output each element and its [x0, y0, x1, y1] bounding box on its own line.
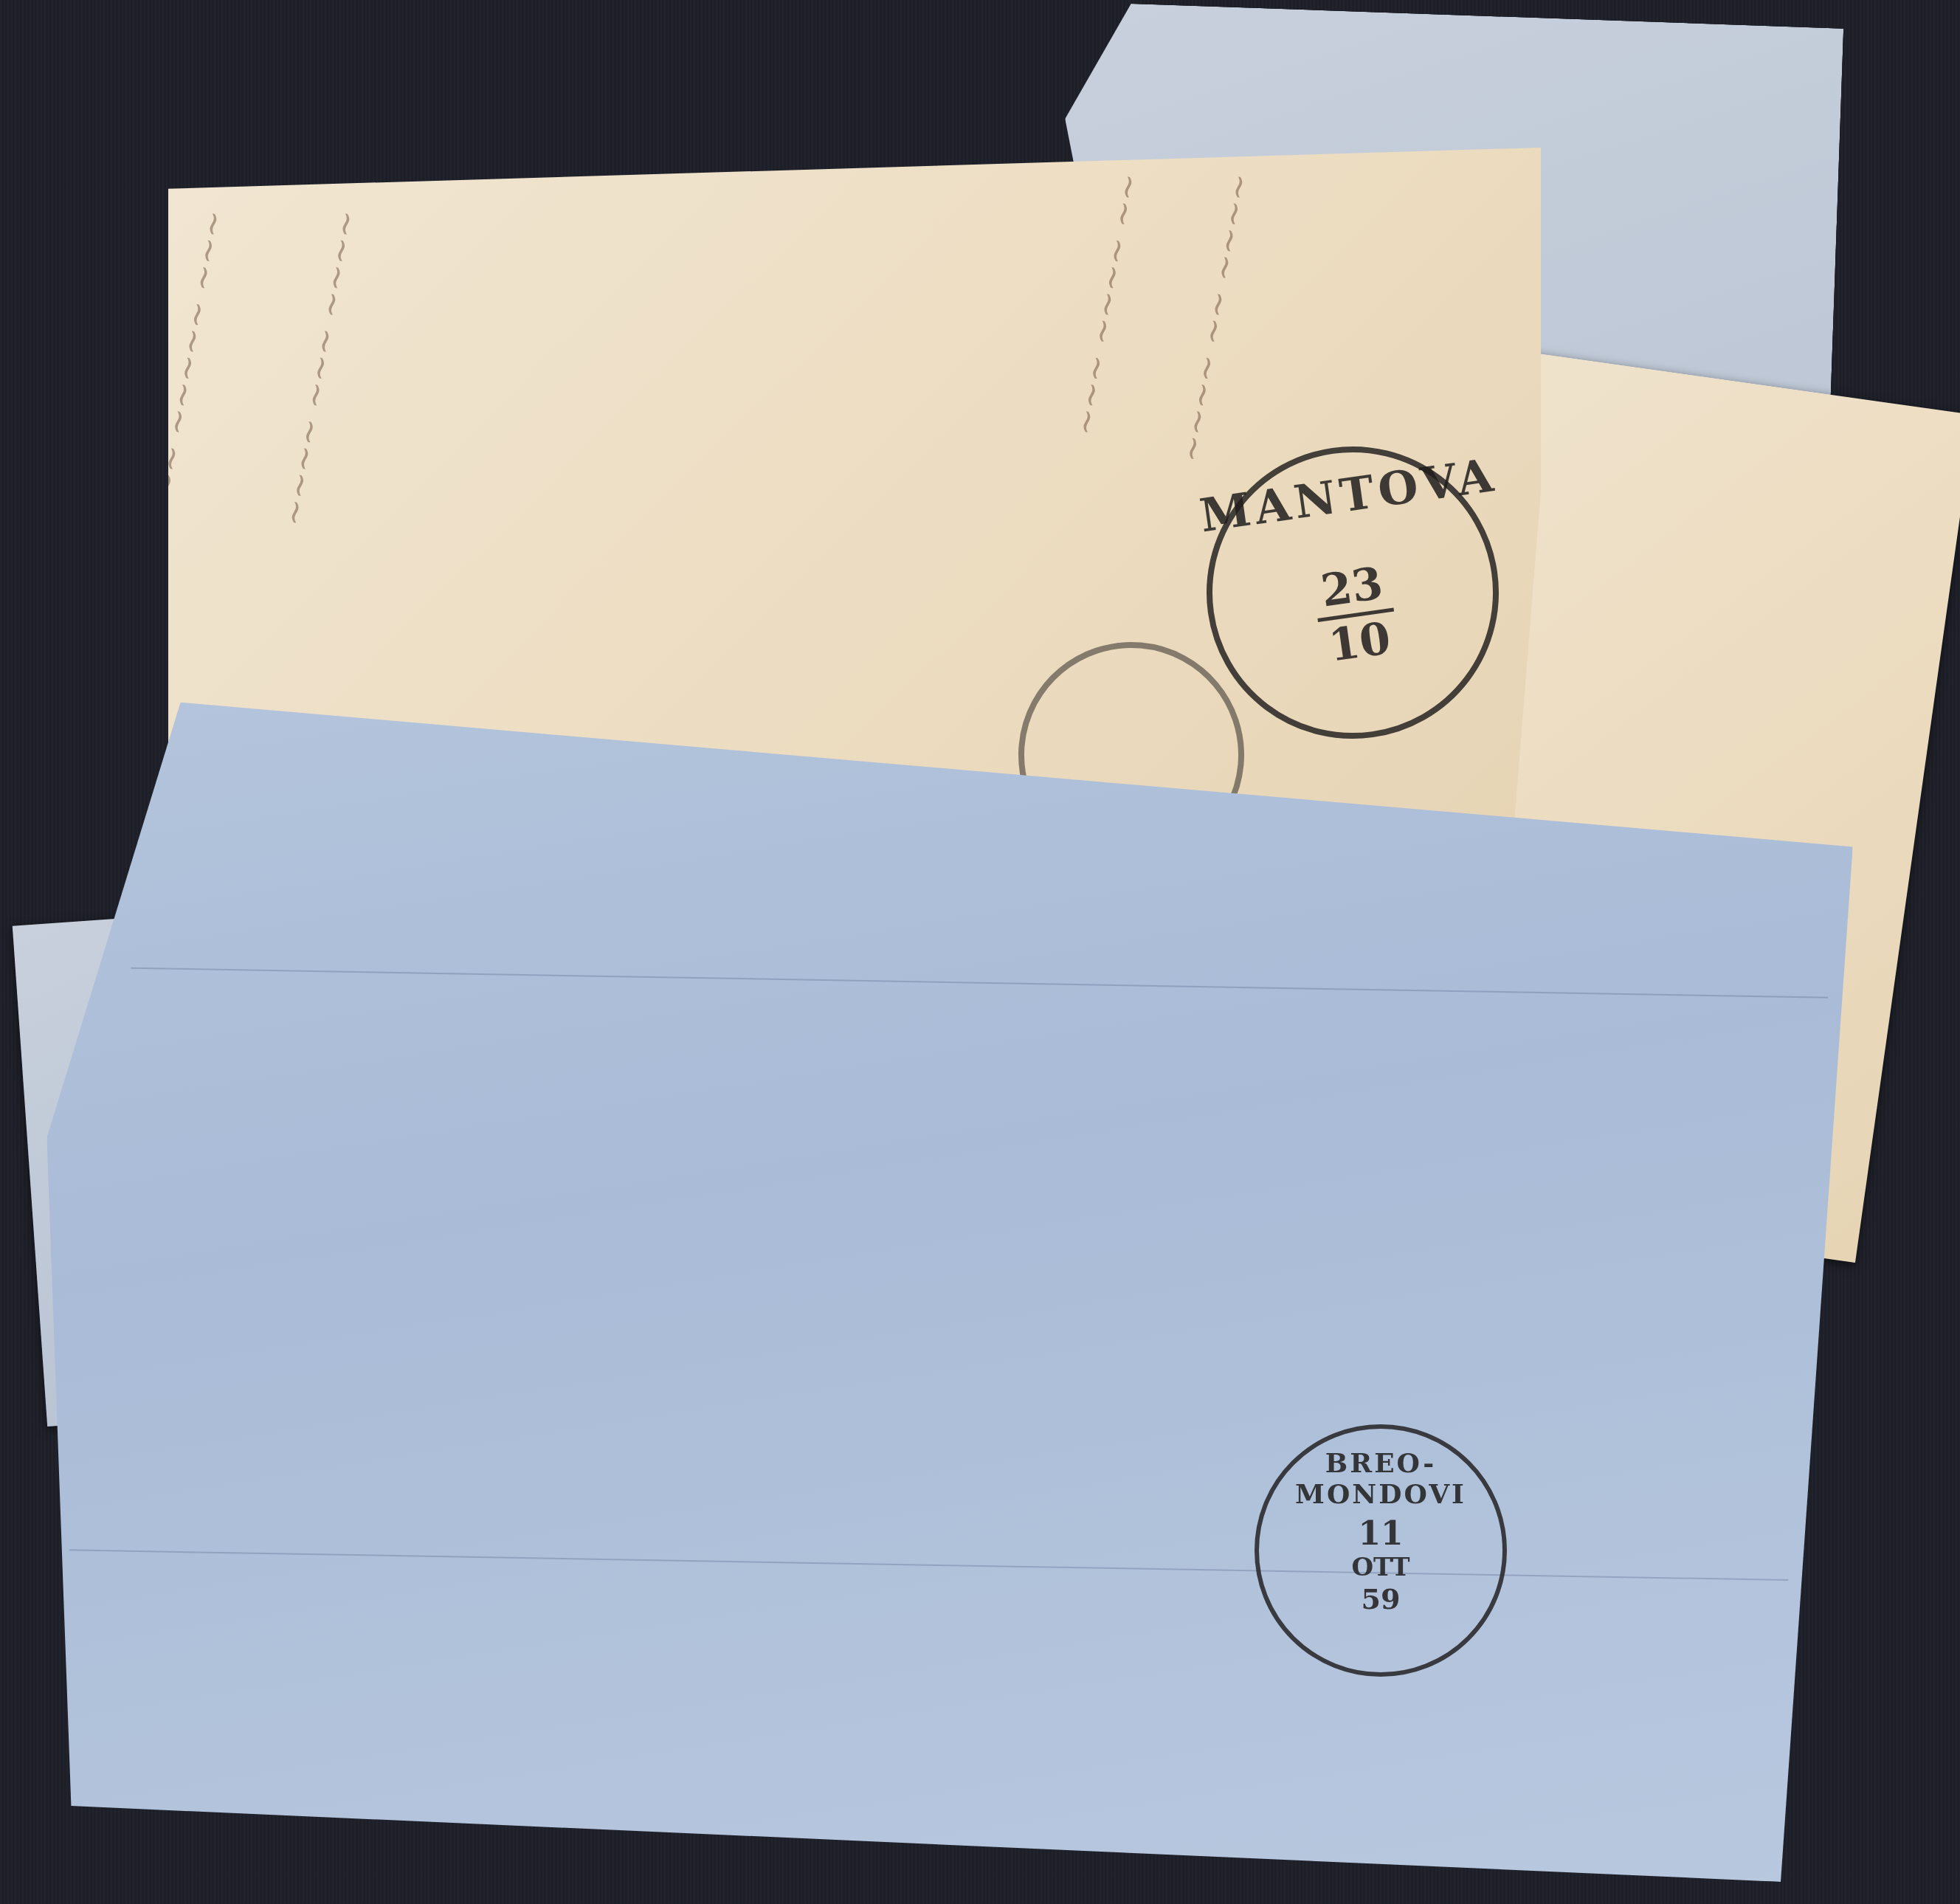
fold-line	[131, 967, 1828, 998]
postmark-month: OTT	[1351, 1553, 1409, 1582]
postmark-day: 11	[1358, 1515, 1403, 1553]
postmark-day: 23	[1311, 556, 1394, 622]
handwriting: ~~ ~~~~ ~~~	[1066, 170, 1150, 438]
postmark-month: 10	[1325, 612, 1393, 672]
front-letter-blue	[35, 700, 1855, 1883]
postmark-town: BREO-MONDOVI	[1259, 1448, 1502, 1510]
handwriting: ~~~~ ~~~ ~~~~	[275, 207, 367, 529]
fold-line	[69, 1549, 1789, 1581]
postmark-breo-mondovi: BREO-MONDOVI 11 OTT 59	[1255, 1424, 1507, 1677]
postmark-year: 59	[1362, 1582, 1401, 1615]
handwriting: ~~~~ ~~ ~~~~	[1173, 170, 1260, 465]
